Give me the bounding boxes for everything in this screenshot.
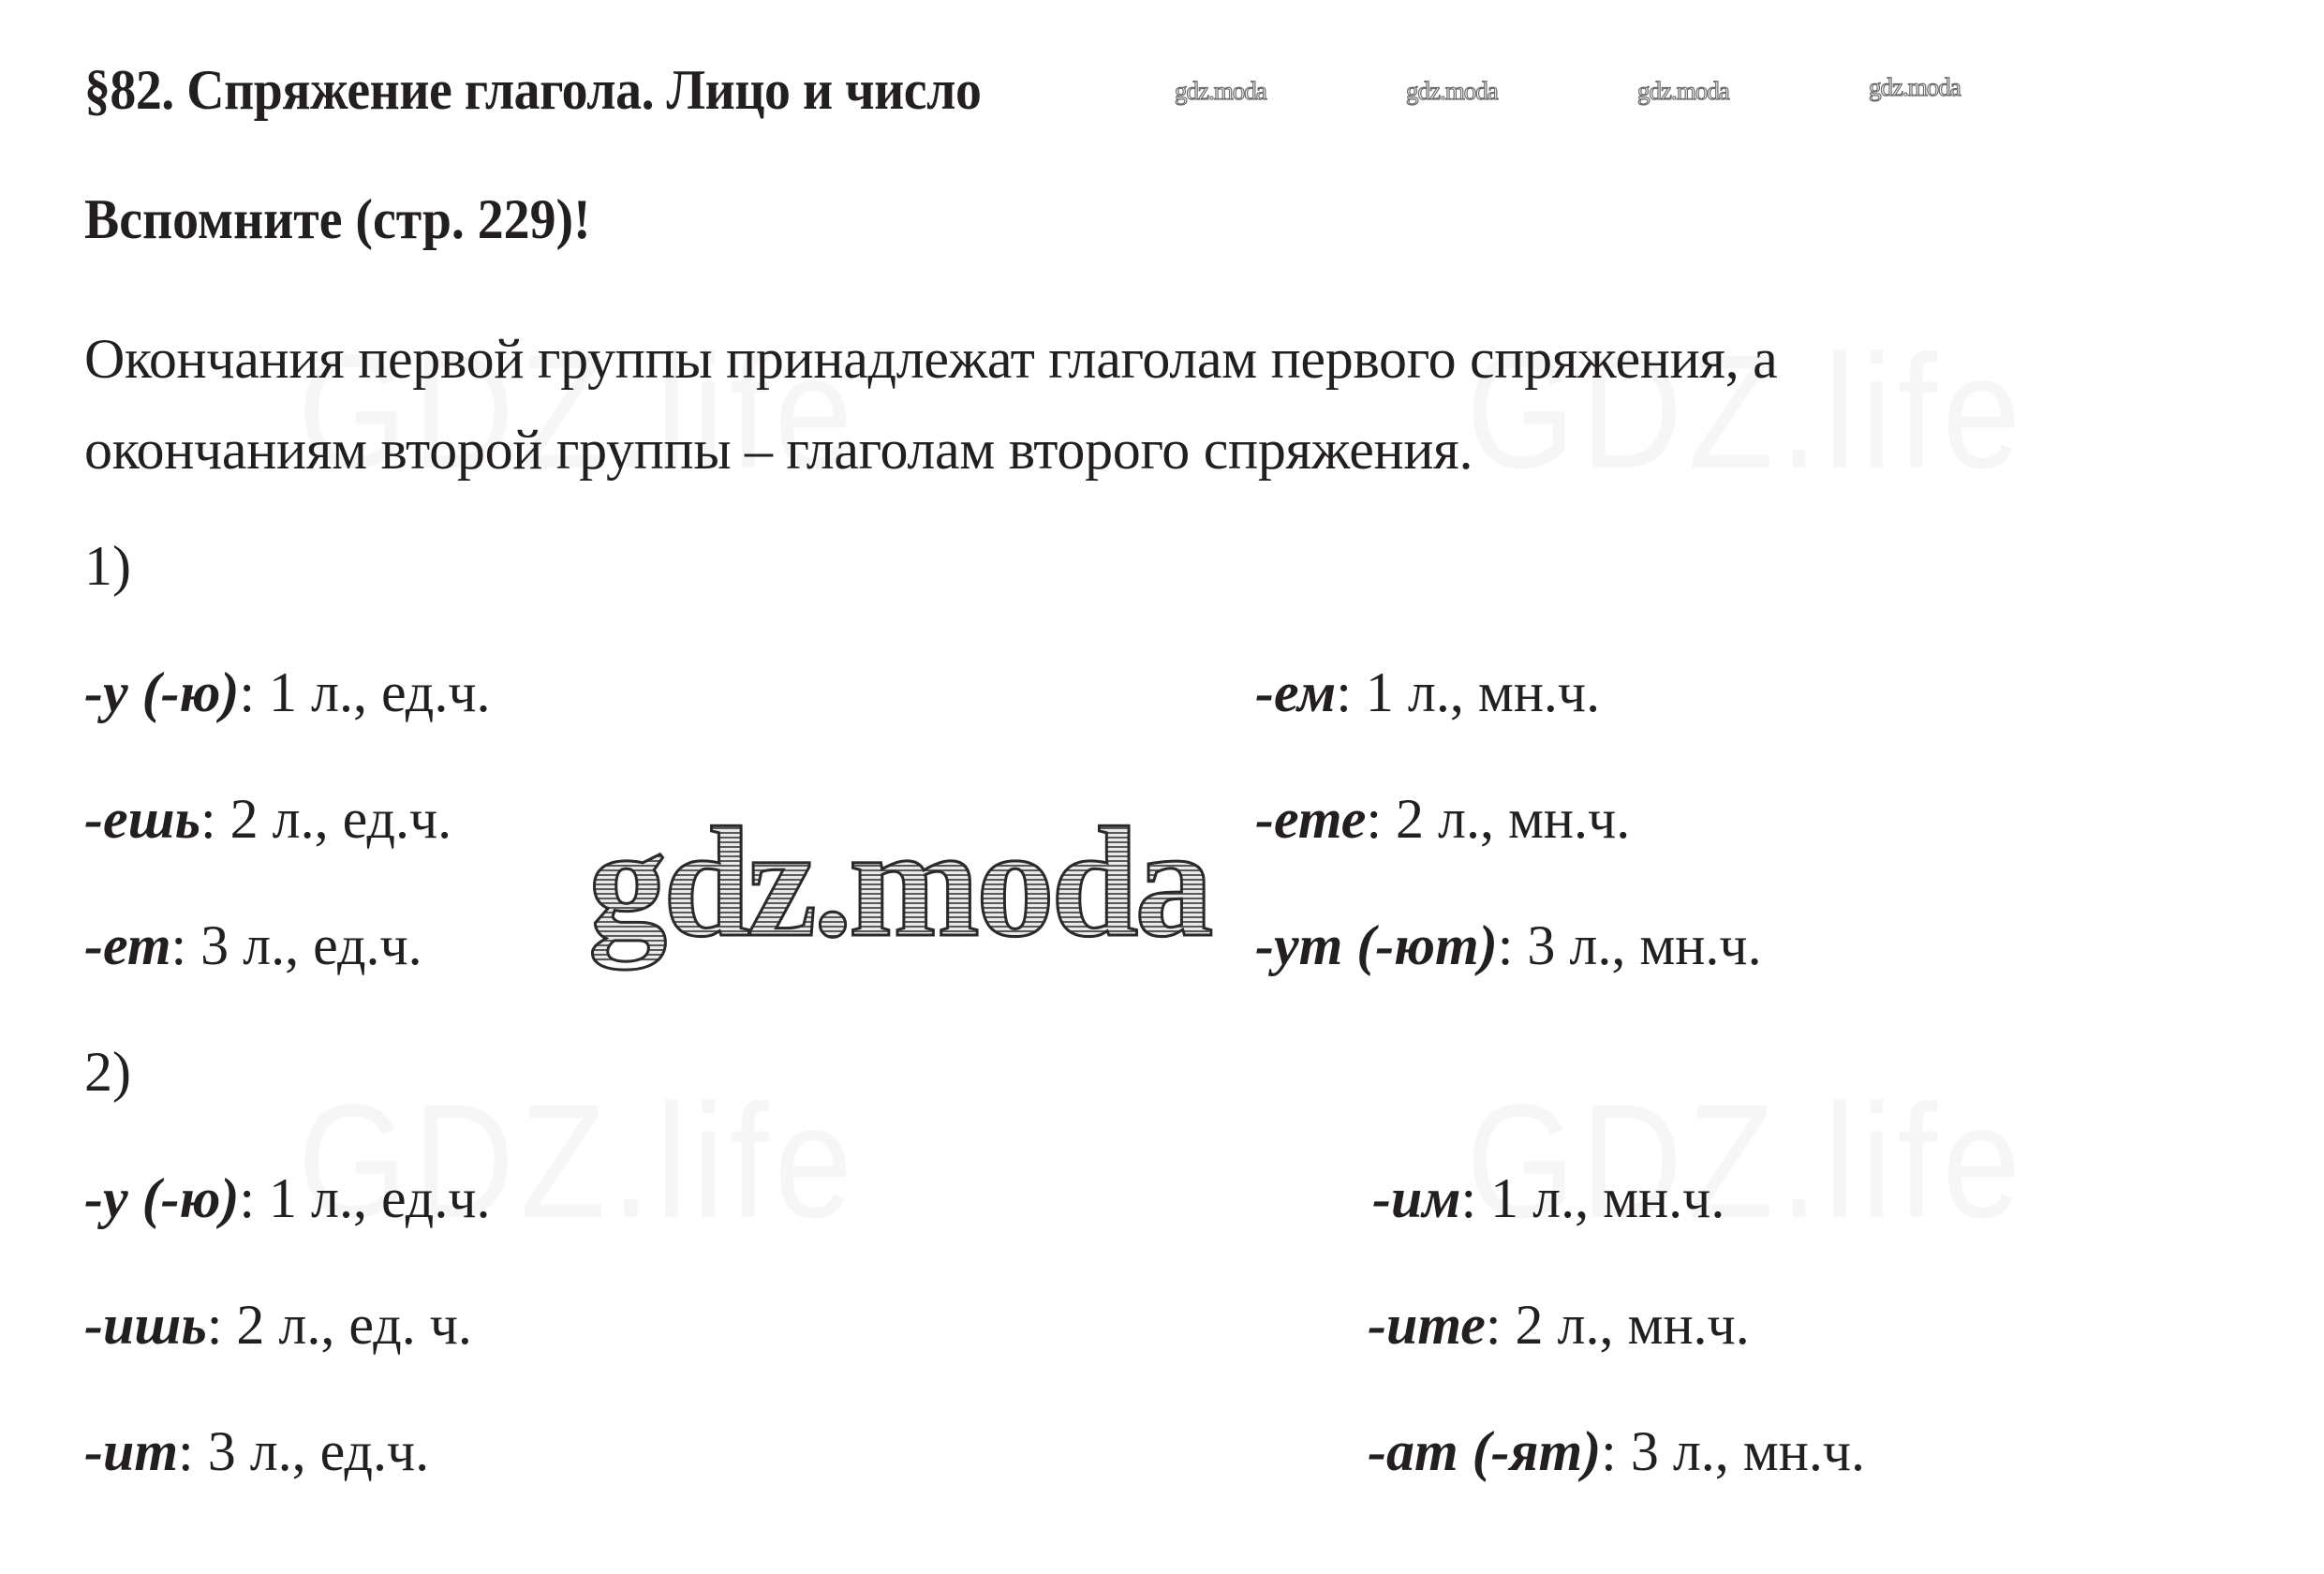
- ending-description: : 1 л., мн.ч.: [1336, 661, 1600, 723]
- ending-row: -ут (-ют): 3 л., мн.ч.: [1255, 913, 1762, 978]
- group-number: 1): [84, 534, 131, 599]
- ending-row: -ем: 1 л., мн.ч.: [1255, 661, 1600, 725]
- page-title: §82. Спряжение глагола. Лицо и число: [84, 58, 981, 123]
- ending-description: : 3 л., мн.ч.: [1601, 1420, 1865, 1482]
- ending: -у (-ю): [84, 1167, 239, 1229]
- watermark-small: gdz.moda: [1869, 73, 1961, 102]
- ending-row: -ит: 3 л., ед.ч.: [84, 1419, 429, 1484]
- ending: -ешь: [84, 788, 200, 850]
- watermark-small: gdz.moda: [1175, 77, 1266, 106]
- ending-description: : 2 л., ед.ч.: [200, 788, 451, 850]
- ending-description: : 3 л., ед.ч.: [178, 1420, 429, 1482]
- ending: -ут (-ют): [1255, 914, 1498, 976]
- ending: -ишь: [84, 1294, 207, 1356]
- ending: -ит: [84, 1420, 178, 1482]
- ending: -ет: [84, 914, 171, 976]
- watermark-small: gdz.moda: [1637, 77, 1729, 106]
- ending-row: -ет: 3 л., ед.ч.: [84, 913, 422, 978]
- ending: -им: [1372, 1167, 1460, 1229]
- ending: -ат (-ят): [1368, 1420, 1601, 1482]
- ending-row: -им: 1 л., мн.ч.: [1372, 1166, 1724, 1231]
- paragraph-line: окончаниям второй группы – глаголам втор…: [84, 405, 1777, 496]
- ending-row: -ат (-ят): 3 л., мн.ч.: [1368, 1419, 1865, 1484]
- remember-heading: Вспомните (стр. 229)!: [84, 187, 591, 252]
- watermark-big: gdz.moda: [588, 804, 1209, 961]
- paragraph-line: Окончания первой группы принадлежат глаг…: [84, 314, 1777, 405]
- ending-description: : 2 л., ед. ч.: [207, 1294, 472, 1356]
- ending-description: : 3 л., мн.ч.: [1498, 914, 1762, 976]
- explanation-paragraph: Окончания первой группы принадлежат глаг…: [84, 314, 1777, 496]
- ending: -ем: [1255, 661, 1336, 723]
- ending-row: -у (-ю): 1 л., ед.ч.: [84, 1166, 491, 1231]
- ending-row: -ете: 2 л., мн.ч.: [1255, 787, 1630, 852]
- ending-description: : 1 л., ед.ч.: [239, 1167, 490, 1229]
- ending: -у (-ю): [84, 661, 239, 723]
- ending: -ите: [1368, 1294, 1486, 1356]
- ending-row: -у (-ю): 1 л., ед.ч.: [84, 661, 491, 725]
- ending-description: : 1 л., мн.ч.: [1460, 1167, 1724, 1229]
- ending-description: : 2 л., мн.ч.: [1366, 788, 1630, 850]
- ending-description: : 2 л., мн.ч.: [1486, 1294, 1750, 1356]
- ending-description: : 1 л., ед.ч.: [239, 661, 490, 723]
- ending-description: : 3 л., ед.ч.: [171, 914, 422, 976]
- ending-row: -ите: 2 л., мн.ч.: [1368, 1293, 1750, 1358]
- watermark-small: gdz.moda: [1406, 77, 1498, 106]
- ending-row: -ешь: 2 л., ед.ч.: [84, 787, 451, 852]
- ending: -ете: [1255, 788, 1366, 850]
- ending-row: -ишь: 2 л., ед. ч.: [84, 1293, 472, 1358]
- group-number: 2): [84, 1040, 131, 1105]
